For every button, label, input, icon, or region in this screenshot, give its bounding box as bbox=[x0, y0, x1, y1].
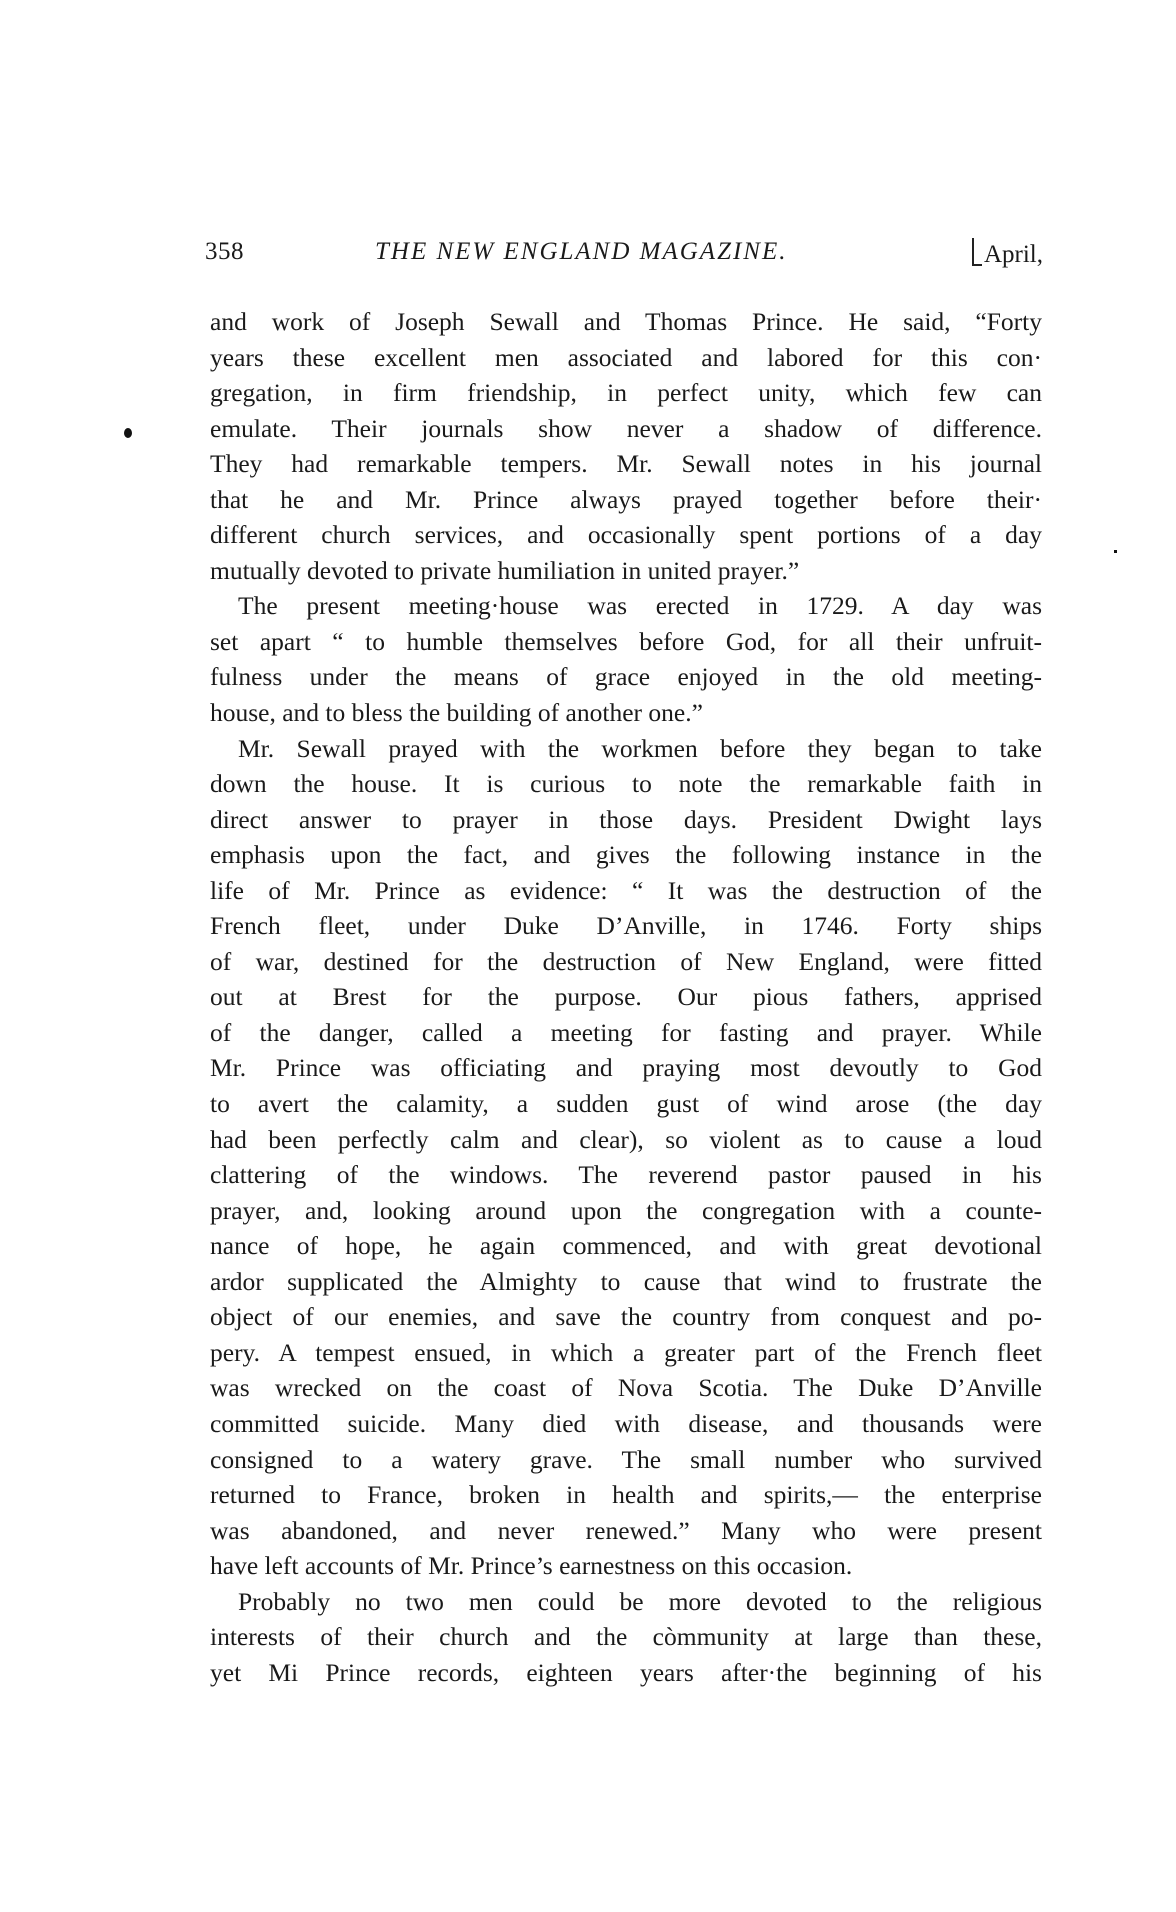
text-line-content: yet Mi Prince records, eighteen years af… bbox=[210, 1655, 1042, 1691]
issue-month-label: April, bbox=[984, 241, 1043, 268]
speck-mark bbox=[1114, 550, 1117, 553]
text-line-content: Mr. Sewall prayed with the workmen befor… bbox=[238, 731, 1042, 767]
text-line-content: house, and to bless the building of anot… bbox=[210, 695, 1042, 731]
text-line-content: and work of Joseph Sewall and Thomas Pri… bbox=[210, 304, 1042, 340]
text-line: The present meeting·house was erected in… bbox=[210, 588, 1042, 624]
text-line: was wrecked on the coast of Nova Scotia.… bbox=[210, 1370, 1042, 1406]
text-line-content: committed suicide. Many died with diseas… bbox=[210, 1406, 1042, 1442]
text-line-content: Mr. Prince was officiating and praying m… bbox=[210, 1050, 1042, 1086]
text-line-content: nance of hope, he again commenced, and w… bbox=[210, 1228, 1042, 1264]
text-line: years these excellent men associated and… bbox=[210, 340, 1042, 376]
text-line: have left accounts of Mr. Prince’s earne… bbox=[210, 1548, 1042, 1584]
text-line: direct answer to prayer in those days. P… bbox=[210, 802, 1042, 838]
text-line-content: interests of their church and the còmmun… bbox=[210, 1619, 1042, 1655]
document-page: 358 THE NEW ENGLAND MAGAZINE. April, and… bbox=[0, 0, 1176, 1912]
text-line: different church services, and occasiona… bbox=[210, 517, 1042, 553]
text-line: set apart “ to humble themselves before … bbox=[210, 624, 1042, 660]
text-line-content: have left accounts of Mr. Prince’s earne… bbox=[210, 1548, 1042, 1584]
text-line: Mr. Prince was officiating and praying m… bbox=[210, 1050, 1042, 1086]
text-line-content: to avert the calamity, a sudden gust of … bbox=[210, 1086, 1042, 1122]
magazine-title: THE NEW ENGLAND MAGAZINE. bbox=[375, 238, 788, 266]
text-line: life of Mr. Prince as evidence: “ It was… bbox=[210, 873, 1042, 909]
text-line-content: emulate. Their journals show never a sha… bbox=[210, 411, 1042, 447]
text-line-content: out at Brest for the purpose. Our pious … bbox=[210, 979, 1042, 1015]
text-line-content: clattering of the windows. The reverend … bbox=[210, 1157, 1042, 1193]
text-line: ardor supplicated the Almighty to cause … bbox=[210, 1264, 1042, 1300]
text-line-content: object of our enemies, and save the coun… bbox=[210, 1299, 1042, 1335]
text-line: committed suicide. Many died with diseas… bbox=[210, 1406, 1042, 1442]
text-line: consigned to a watery grave. The small n… bbox=[210, 1442, 1042, 1478]
text-line-content: gregation, in firm friendship, in perfec… bbox=[210, 375, 1042, 411]
text-line-content: The present meeting·house was erected in… bbox=[238, 588, 1042, 624]
text-line: object of our enemies, and save the coun… bbox=[210, 1299, 1042, 1335]
text-line: emphasis upon the fact, and gives the fo… bbox=[210, 837, 1042, 873]
text-line: down the house. It is curious to note th… bbox=[210, 766, 1042, 802]
text-line-content: mutually devoted to private humiliation … bbox=[210, 553, 1042, 589]
text-line-content: Probably no two men could be more devote… bbox=[238, 1584, 1042, 1620]
bullet-mark bbox=[124, 428, 132, 438]
text-line: of war, destined for the destruction of … bbox=[210, 944, 1042, 980]
text-line-content: emphasis upon the fact, and gives the fo… bbox=[210, 837, 1042, 873]
text-line-content: fulness under the means of grace enjoyed… bbox=[210, 659, 1042, 695]
text-line-content: set apart “ to humble themselves before … bbox=[210, 624, 1042, 660]
text-line: house, and to bless the building of anot… bbox=[210, 695, 1042, 731]
text-line-content: life of Mr. Prince as evidence: “ It was… bbox=[210, 873, 1042, 909]
text-line-content: years these excellent men associated and… bbox=[210, 340, 1042, 376]
text-line: yet Mi Prince records, eighteen years af… bbox=[210, 1655, 1042, 1691]
text-line-content: returned to France, broken in health and… bbox=[210, 1477, 1042, 1513]
text-line: prayer, and, looking around upon the con… bbox=[210, 1193, 1042, 1229]
text-line: interests of their church and the còmmun… bbox=[210, 1619, 1042, 1655]
text-line: out at Brest for the purpose. Our pious … bbox=[210, 979, 1042, 1015]
text-line-content: pery. A tempest ensued, in which a great… bbox=[210, 1335, 1042, 1371]
text-line: nance of hope, he again commenced, and w… bbox=[210, 1228, 1042, 1264]
page-number: 358 bbox=[205, 238, 244, 266]
text-line: emulate. Their journals show never a sha… bbox=[210, 411, 1042, 447]
text-line: pery. A tempest ensued, in which a great… bbox=[210, 1335, 1042, 1371]
text-line: French fleet, under Duke D’Anville, in 1… bbox=[210, 908, 1042, 944]
text-line: clattering of the windows. The reverend … bbox=[210, 1157, 1042, 1193]
text-line: of the danger, called a meeting for fast… bbox=[210, 1015, 1042, 1051]
text-line: Probably no two men could be more devote… bbox=[210, 1584, 1042, 1620]
text-line-content: down the house. It is curious to note th… bbox=[210, 766, 1042, 802]
bracket-mark bbox=[972, 238, 982, 266]
text-line-content: was wrecked on the coast of Nova Scotia.… bbox=[210, 1370, 1042, 1406]
text-line-content: direct answer to prayer in those days. P… bbox=[210, 802, 1042, 838]
issue-month: April, bbox=[972, 238, 1043, 269]
text-line: gregation, in firm friendship, in perfec… bbox=[210, 375, 1042, 411]
text-line: Mr. Sewall prayed with the workmen befor… bbox=[210, 731, 1042, 767]
text-line-content: They had remarkable tempers. Mr. Sewall … bbox=[210, 446, 1042, 482]
text-line: had been perfectly calm and clear), so v… bbox=[210, 1122, 1042, 1158]
text-line-content: prayer, and, looking around upon the con… bbox=[210, 1193, 1042, 1229]
text-line: returned to France, broken in health and… bbox=[210, 1477, 1042, 1513]
text-line-content: was abandoned, and never renewed.” Many … bbox=[210, 1513, 1042, 1549]
text-line: was abandoned, and never renewed.” Many … bbox=[210, 1513, 1042, 1549]
text-line: that he and Mr. Prince always prayed tog… bbox=[210, 482, 1042, 518]
text-line-content: French fleet, under Duke D’Anville, in 1… bbox=[210, 908, 1042, 944]
text-line: They had remarkable tempers. Mr. Sewall … bbox=[210, 446, 1042, 482]
text-line: fulness under the means of grace enjoyed… bbox=[210, 659, 1042, 695]
text-line-content: of war, destined for the destruction of … bbox=[210, 944, 1042, 980]
text-line: to avert the calamity, a sudden gust of … bbox=[210, 1086, 1042, 1122]
text-line-content: different church services, and occasiona… bbox=[210, 517, 1042, 553]
text-line: and work of Joseph Sewall and Thomas Pri… bbox=[210, 304, 1042, 340]
text-line-content: had been perfectly calm and clear), so v… bbox=[210, 1122, 1042, 1158]
text-line-content: that he and Mr. Prince always prayed tog… bbox=[210, 482, 1042, 518]
text-line-content: consigned to a watery grave. The small n… bbox=[210, 1442, 1042, 1478]
text-line: mutually devoted to private humiliation … bbox=[210, 553, 1042, 589]
running-head: 358 THE NEW ENGLAND MAGAZINE. April, bbox=[205, 238, 1043, 272]
text-line-content: ardor supplicated the Almighty to cause … bbox=[210, 1264, 1042, 1300]
text-line-content: of the danger, called a meeting for fast… bbox=[210, 1015, 1042, 1051]
body-text: and work of Joseph Sewall and Thomas Pri… bbox=[210, 304, 1042, 1690]
